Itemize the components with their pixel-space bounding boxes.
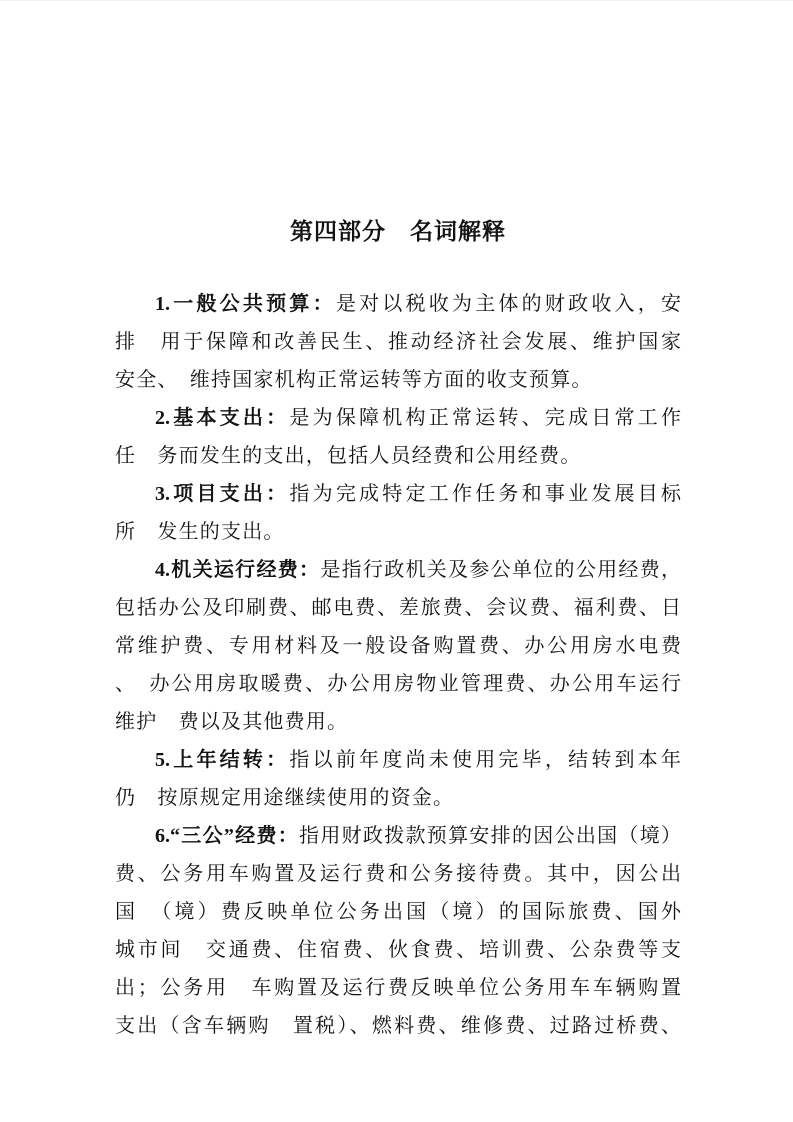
term-definition-text: 是指行政机关及参公单位的公用经费， bbox=[320, 559, 681, 581]
text-line: 4.机关运行经费：是指行政机关及参公单位的公用经费， bbox=[115, 551, 681, 589]
term-label: 5.上年结转： bbox=[155, 749, 289, 771]
definition-paragraph-1: 1.一般公共预算：是对以税收为主体的财政收入，安 排 用于保障和改善民生、推动经… bbox=[115, 285, 681, 399]
term-definition-text: 指为完成特定工作任务和事业发展目标 bbox=[289, 483, 681, 505]
text-line: 出；公务用 车购置及运行费反映单位公务用车车辆购置 bbox=[115, 969, 681, 1007]
text-line: 包括办公及印刷费、邮电费、差旅费、会议费、福利费、日 bbox=[115, 589, 681, 627]
definition-paragraph-5: 5.上年结转：指以前年度尚未使用完毕，结转到本年 仍 按原规定用途继续使用的资金… bbox=[115, 741, 681, 817]
text-line: 任 务而发生的支出，包括人员经费和公用经费。 bbox=[115, 437, 681, 475]
text-line: 1.一般公共预算：是对以税收为主体的财政收入，安 bbox=[115, 285, 681, 323]
term-label: 3.项目支出： bbox=[155, 483, 289, 505]
text-line: 支出（含车辆购 置税）、燃料费、维修费、过路过桥费、 bbox=[115, 1007, 681, 1045]
term-label: 4.机关运行经费： bbox=[155, 559, 320, 581]
term-label: 6.“三公”经费： bbox=[155, 825, 299, 847]
text-line: 5.上年结转：指以前年度尚未使用完毕，结转到本年 bbox=[115, 741, 681, 779]
text-line: 6.“三公”经费：指用财政拨款预算安排的因公出国（境） bbox=[115, 817, 681, 855]
text-line: 国 （境）费反映单位公务出国（境）的国际旅费、国外 bbox=[115, 893, 681, 931]
document-title: 第四部分 名词解释 bbox=[115, 213, 681, 251]
definition-paragraph-4: 4.机关运行经费：是指行政机关及参公单位的公用经费， 包括办公及印刷费、邮电费、… bbox=[115, 551, 681, 741]
term-label: 2.基本支出： bbox=[155, 407, 289, 429]
term-label: 1.一般公共预算： bbox=[155, 293, 336, 315]
text-line: 仍 按原规定用途继续使用的资金。 bbox=[115, 779, 681, 817]
document-content: 第四部分 名词解释 1.一般公共预算：是对以税收为主体的财政收入，安 排 用于保… bbox=[0, 1, 793, 1045]
text-line: 维护 费以及其他费用。 bbox=[115, 703, 681, 741]
definition-paragraph-6: 6.“三公”经费：指用财政拨款预算安排的因公出国（境） 费、公务用车购置及运行费… bbox=[115, 817, 681, 1045]
text-line: 所 发生的支出。 bbox=[115, 513, 681, 551]
definition-paragraph-3: 3.项目支出：指为完成特定工作任务和事业发展目标 所 发生的支出。 bbox=[115, 475, 681, 551]
term-definition-text: 是对以税收为主体的财政收入，安 bbox=[336, 293, 681, 315]
text-line: 费、公务用车购置及运行费和公务接待费。其中，因公出 bbox=[115, 855, 681, 893]
text-line: 城市间 交通费、住宿费、伙食费、培训费、公杂费等支 bbox=[115, 931, 681, 969]
term-definition-text: 指以前年度尚未使用完毕，结转到本年 bbox=[289, 749, 681, 771]
document-body: 1.一般公共预算：是对以税收为主体的财政收入，安 排 用于保障和改善民生、推动经… bbox=[115, 285, 681, 1045]
term-definition-text: 是为保障机构正常运转、完成日常工作 bbox=[289, 407, 681, 429]
text-line: 安全、 维持国家机构正常运转等方面的收支预算。 bbox=[115, 361, 681, 399]
term-definition-text: 指用财政拨款预算安排的因公出国（境） bbox=[299, 825, 681, 847]
text-line: 、 办公用房取暖费、办公用房物业管理费、办公用车运行 bbox=[115, 665, 681, 703]
text-line: 2.基本支出：是为保障机构正常运转、完成日常工作 bbox=[115, 399, 681, 437]
document-page: 第四部分 名词解释 1.一般公共预算：是对以税收为主体的财政收入，安 排 用于保… bbox=[0, 0, 793, 1122]
text-line: 常维护费、专用材料及一般设备购置费、办公用房水电费 bbox=[115, 627, 681, 665]
text-line: 3.项目支出：指为完成特定工作任务和事业发展目标 bbox=[115, 475, 681, 513]
text-line: 排 用于保障和改善民生、推动经济社会发展、维护国家 bbox=[115, 323, 681, 361]
definition-paragraph-2: 2.基本支出：是为保障机构正常运转、完成日常工作 任 务而发生的支出，包括人员经… bbox=[115, 399, 681, 475]
